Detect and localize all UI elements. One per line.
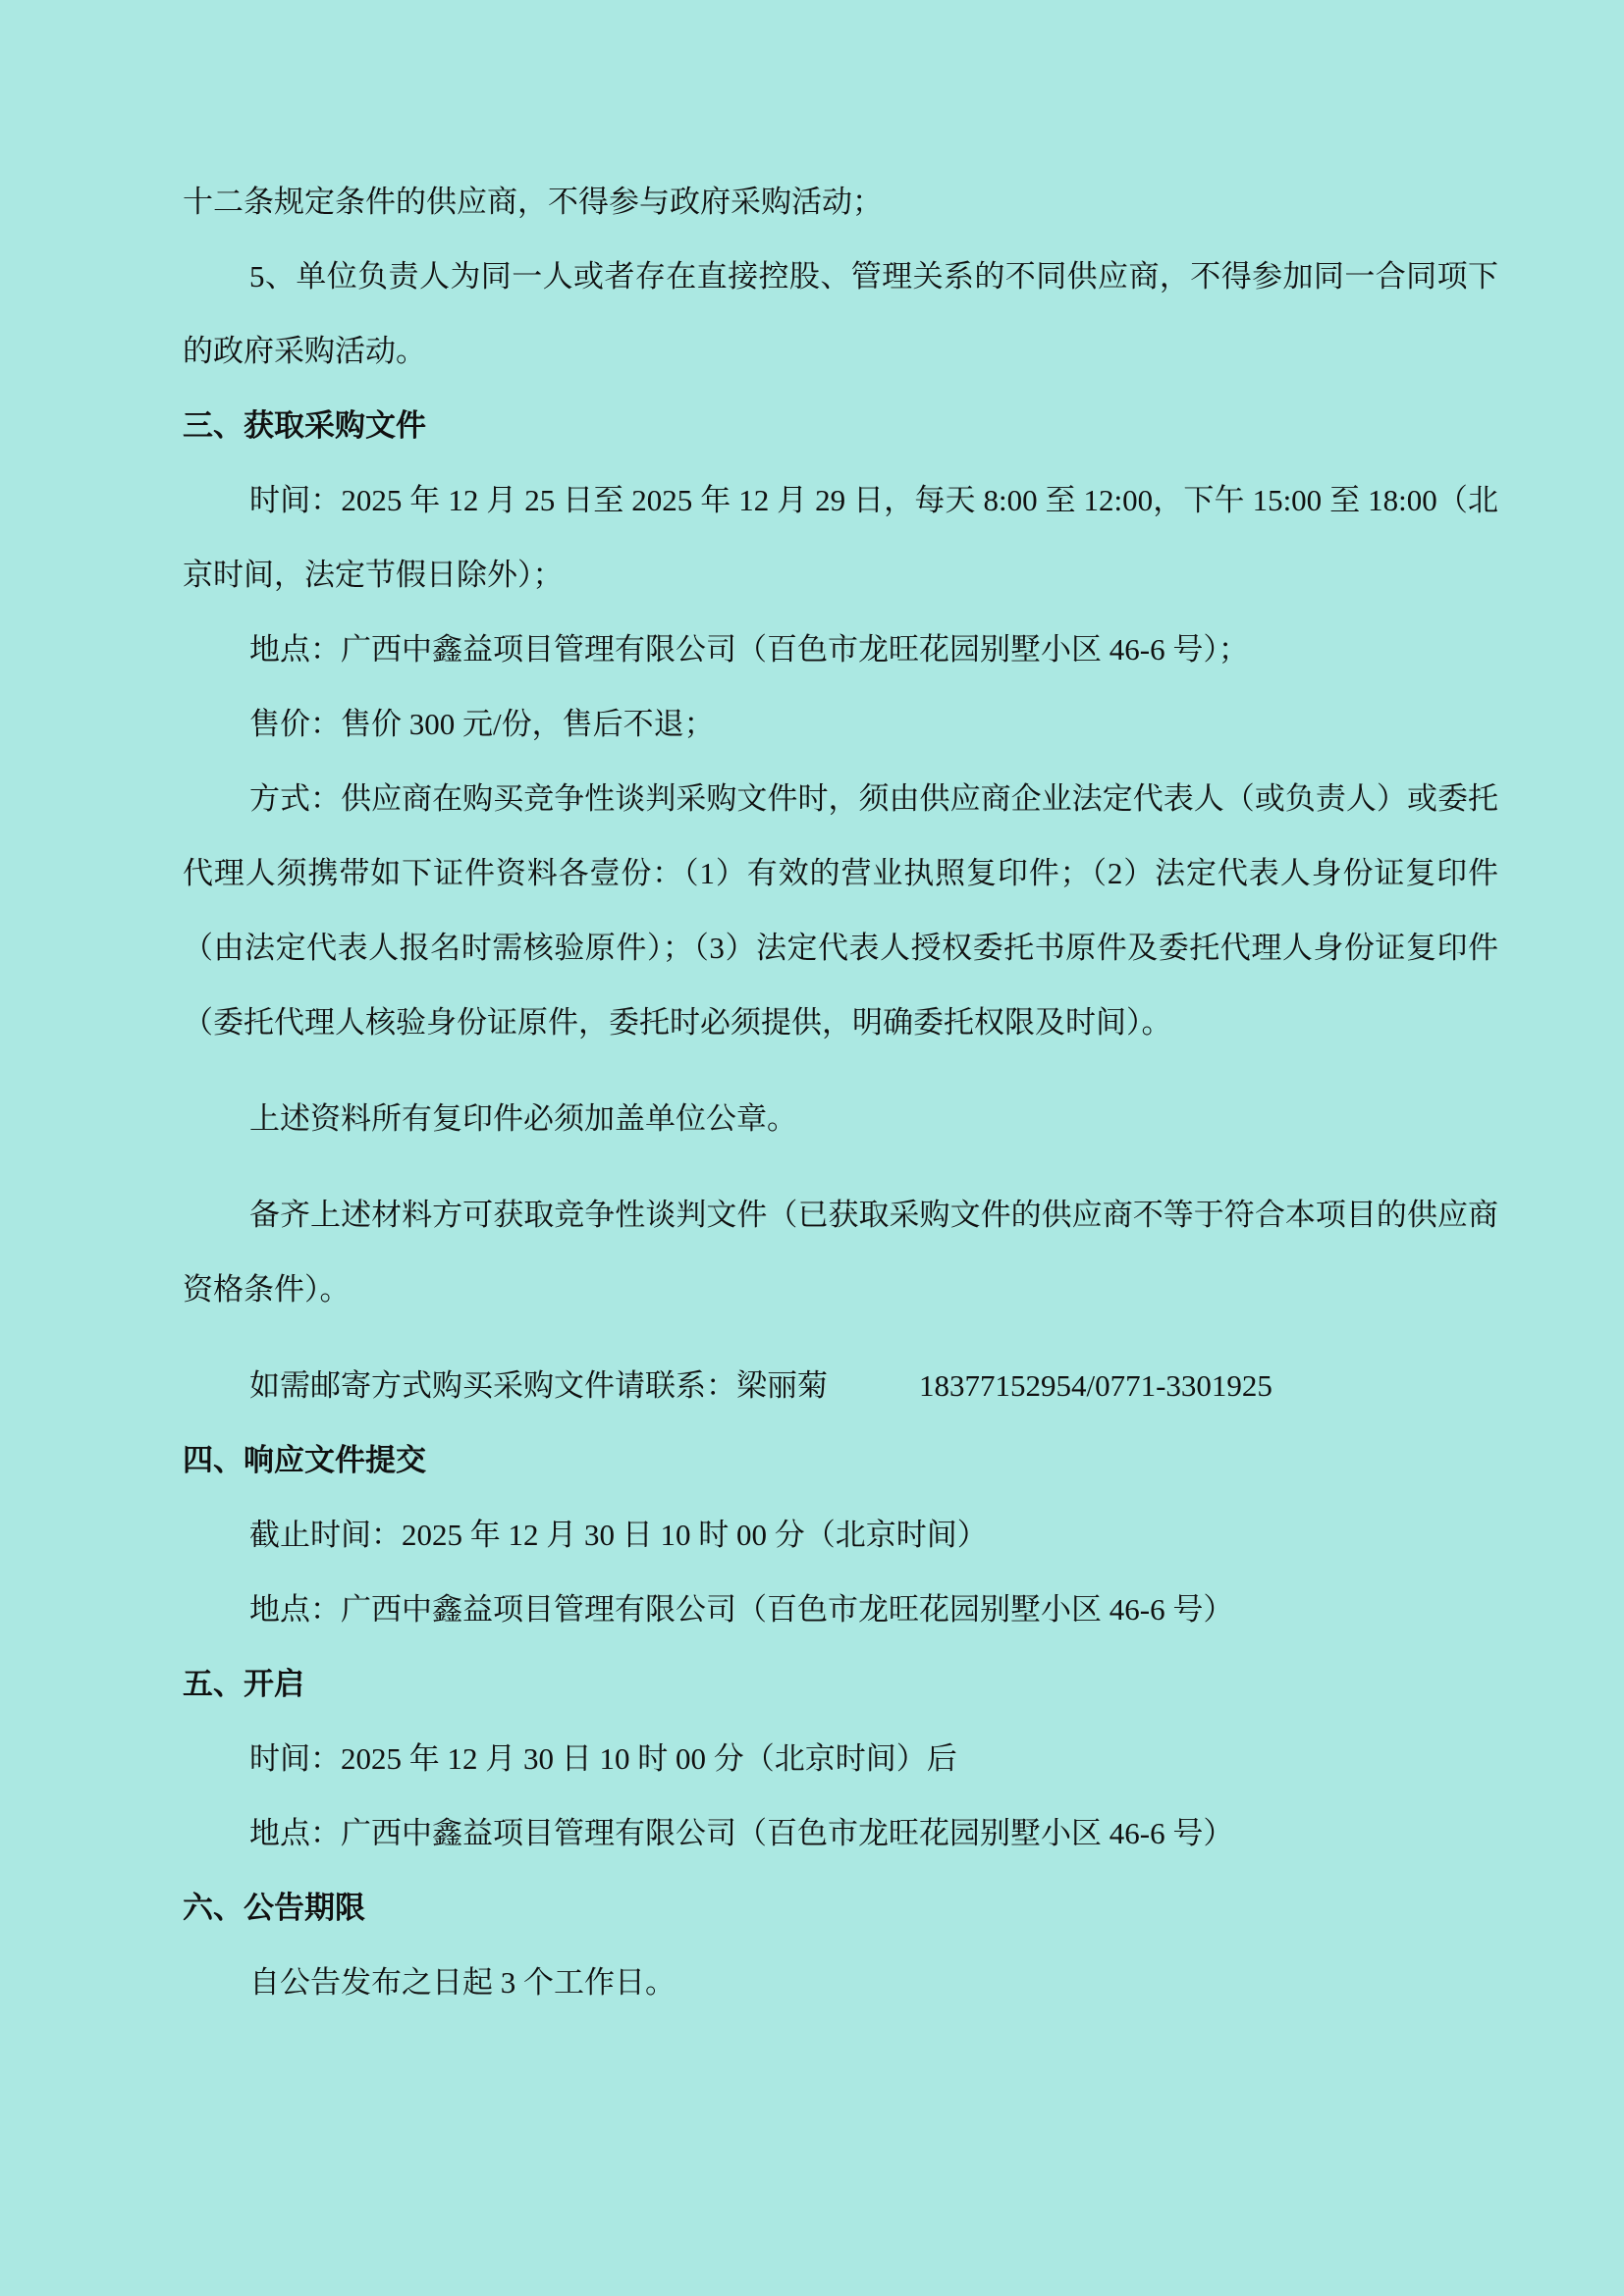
paragraph-obtain-location: 地点：广西中鑫益项目管理有限公司（百色市龙旺花园别墅小区 46-6 号）；	[183, 613, 1498, 687]
paragraph-opening-location: 地点：广西中鑫益项目管理有限公司（百色市龙旺花园别墅小区 46-6 号）	[183, 1796, 1498, 1871]
paragraph-copies-seal-note: 上述资料所有复印件必须加盖单位公章。	[183, 1082, 1498, 1156]
paragraph-obtain-price: 售价：售价 300 元/份，售后不退；	[183, 687, 1498, 762]
section-heading-obtain-documents: 三、获取采购文件	[183, 389, 1498, 463]
document-page: 十二条规定条件的供应商，不得参与政府采购活动； 5、单位负责人为同一人或者存在直…	[0, 0, 1624, 2296]
paragraph-mail-contact: 如需邮寄方式购买采购文件请联系：梁丽菊 18377152954/0771-330…	[183, 1349, 1498, 1423]
announcement-body: 十二条规定条件的供应商，不得参与政府采购活动； 5、单位负责人为同一人或者存在直…	[183, 165, 1498, 2020]
paragraph-announcement-period-value: 自公告发布之日起 3 个工作日。	[183, 1946, 1498, 2020]
paragraph-submission-location: 地点：广西中鑫益项目管理有限公司（百色市龙旺花园别墅小区 46-6 号）	[183, 1573, 1498, 1647]
section-heading-announcement-period: 六、公告期限	[183, 1871, 1498, 1946]
paragraph-materials-required-note: 备齐上述材料方可获取竞争性谈判文件（已获取采购文件的供应商不等于符合本项目的供应…	[183, 1178, 1498, 1327]
paragraph-submission-deadline: 截止时间：2025 年 12 月 30 日 10 时 00 分（北京时间）	[183, 1498, 1498, 1573]
paragraph-supplier-restriction-continuation: 十二条规定条件的供应商，不得参与政府采购活动；	[183, 165, 1498, 240]
section-heading-response-submission: 四、响应文件提交	[183, 1423, 1498, 1498]
paragraph-obtain-method: 方式：供应商在购买竞争性谈判采购文件时，须由供应商企业法定代表人（或负责人）或委…	[183, 762, 1498, 1060]
paragraph-obtain-time: 时间：2025 年 12 月 25 日至 2025 年 12 月 29 日，每天…	[183, 463, 1498, 613]
section-heading-opening: 五、开启	[183, 1647, 1498, 1722]
paragraph-rule-5-same-person: 5、单位负责人为同一人或者存在直接控股、管理关系的不同供应商，不得参加同一合同项…	[183, 240, 1498, 389]
paragraph-opening-time: 时间：2025 年 12 月 30 日 10 时 00 分（北京时间）后	[183, 1722, 1498, 1796]
